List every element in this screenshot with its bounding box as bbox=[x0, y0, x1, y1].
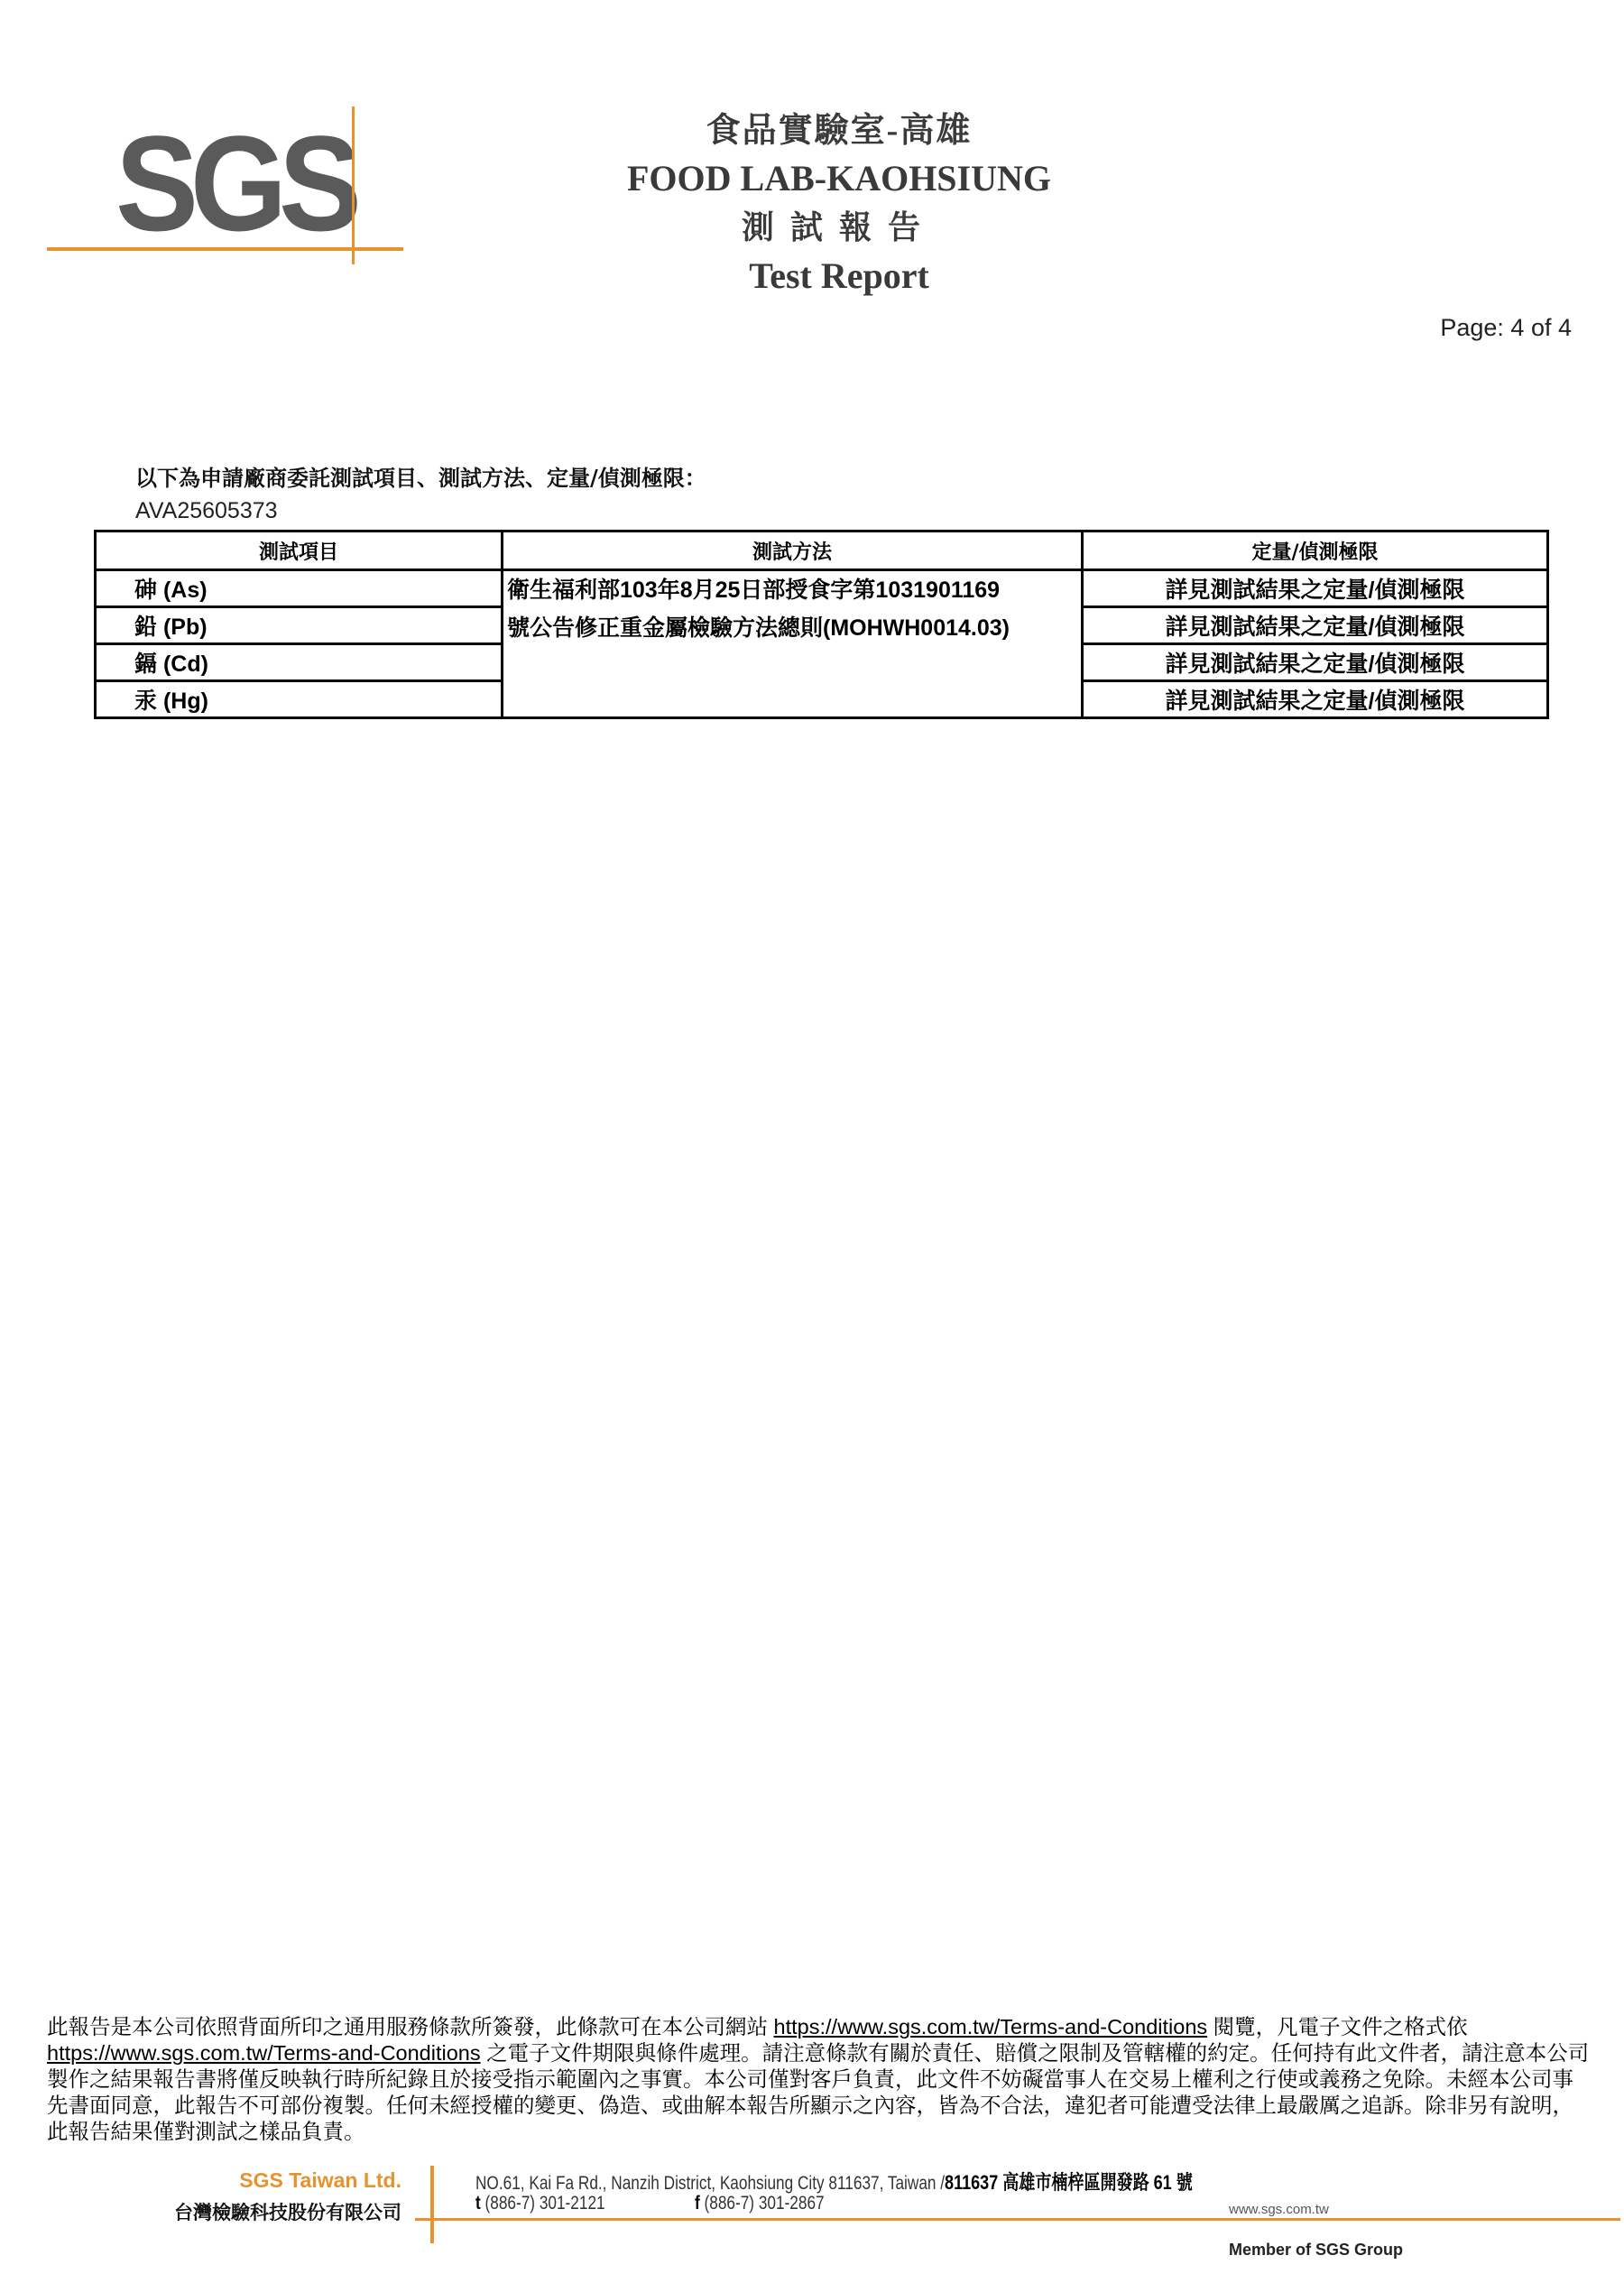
test-items-table: 測試項目 測試方法 定量/偵測極限 砷 (As) 衛生福利部103年8月25日部… bbox=[94, 530, 1549, 719]
terms-link[interactable]: https://www.sgs.com.tw/Terms-and-Conditi… bbox=[774, 2015, 1208, 2038]
member-of-group: Member of SGS Group bbox=[1229, 2241, 1403, 2260]
company-name-en: SGS Taiwan Ltd. bbox=[180, 2168, 401, 2193]
table-header-row: 測試項目 測試方法 定量/偵測極限 bbox=[96, 532, 1548, 570]
footer-vertical-line bbox=[430, 2166, 434, 2243]
reference-number: AVA25605373 bbox=[135, 498, 278, 524]
company-name-cn: 台灣檢驗科技股份有限公司 bbox=[144, 2198, 401, 2225]
logo-horizontal-line bbox=[47, 247, 403, 251]
test-item: 汞 (Hg) bbox=[96, 681, 503, 718]
legal-disclaimer: 此報告是本公司依照背面所印之通用服務條款所簽發，此條款可在本公司網站 https… bbox=[47, 2014, 1590, 2145]
company-phone: t (886-7) 301-2121 bbox=[475, 2193, 605, 2214]
test-method-line: 衛生福利部103年8月25日部授食字第1031901169 bbox=[507, 571, 1081, 609]
phone-number: (886-7) 301-2121 bbox=[485, 2193, 605, 2214]
logo-vertical-line bbox=[352, 106, 355, 264]
test-limit: 詳見測試結果之定量/偵測極限 bbox=[1083, 644, 1548, 681]
intro-text: 以下為申請廠商委託測試項目、測試方法、定量/偵測極限： bbox=[135, 460, 706, 492]
logo-text: SGS bbox=[115, 116, 354, 251]
fax-number: (886-7) 301-2867 bbox=[705, 2193, 825, 2214]
report-title-cn: 測試報告 bbox=[559, 204, 1119, 251]
disclaimer-text: 閱覽，凡電子文件之格式依 bbox=[1207, 2015, 1468, 2038]
header-test-method: 測試方法 bbox=[503, 532, 1083, 570]
test-item: 砷 (As) bbox=[96, 570, 503, 607]
test-limit: 詳見測試結果之定量/偵測極限 bbox=[1083, 681, 1548, 718]
header-test-item: 測試項目 bbox=[96, 532, 503, 570]
test-method: 衛生福利部103年8月25日部授食字第1031901169 號公告修正重金屬檢驗… bbox=[503, 570, 1083, 718]
report-header: 食品實驗室-高雄 FOOD LAB-KAOHSIUNG 測試報告 Test Re… bbox=[559, 108, 1119, 301]
report-title-en: Test Report bbox=[559, 251, 1119, 301]
company-website[interactable]: www.sgs.com.tw bbox=[1229, 2202, 1329, 2217]
phone-label: t bbox=[475, 2193, 481, 2214]
fax-label: f bbox=[695, 2193, 700, 2214]
sgs-logo: SGS bbox=[36, 99, 415, 271]
address-cn: 811637 高雄市楠梓區開發路 61 號 bbox=[945, 2171, 1193, 2194]
terms-link[interactable]: https://www.sgs.com.tw/Terms-and-Conditi… bbox=[47, 2041, 481, 2065]
company-address: NO.61, Kai Fa Rd., Nanzih District, Kaoh… bbox=[475, 2168, 1193, 2195]
address-en: NO.61, Kai Fa Rd., Nanzih District, Kaoh… bbox=[475, 2173, 945, 2194]
header-limit: 定量/偵測極限 bbox=[1083, 532, 1548, 570]
page-number: Page: 4 of 4 bbox=[1440, 314, 1572, 342]
test-item: 鉛 (Pb) bbox=[96, 607, 503, 644]
test-limit: 詳見測試結果之定量/偵測極限 bbox=[1083, 570, 1548, 607]
test-limit: 詳見測試結果之定量/偵測極限 bbox=[1083, 607, 1548, 644]
lab-title-en: FOOD LAB-KAOHSIUNG bbox=[559, 153, 1119, 204]
test-item: 鎘 (Cd) bbox=[96, 644, 503, 681]
table-row: 砷 (As) 衛生福利部103年8月25日部授食字第1031901169 號公告… bbox=[96, 570, 1548, 607]
disclaimer-text: 此報告是本公司依照背面所印之通用服務條款所簽發，此條款可在本公司網站 bbox=[47, 2015, 774, 2038]
test-method-line: 號公告修正重金屬檢驗方法總則(MOHWH0014.03) bbox=[507, 609, 1081, 647]
lab-title-cn: 食品實驗室-高雄 bbox=[559, 108, 1119, 153]
company-fax: f (886-7) 301-2867 bbox=[695, 2193, 825, 2214]
footer-horizontal-line bbox=[415, 2218, 1620, 2221]
